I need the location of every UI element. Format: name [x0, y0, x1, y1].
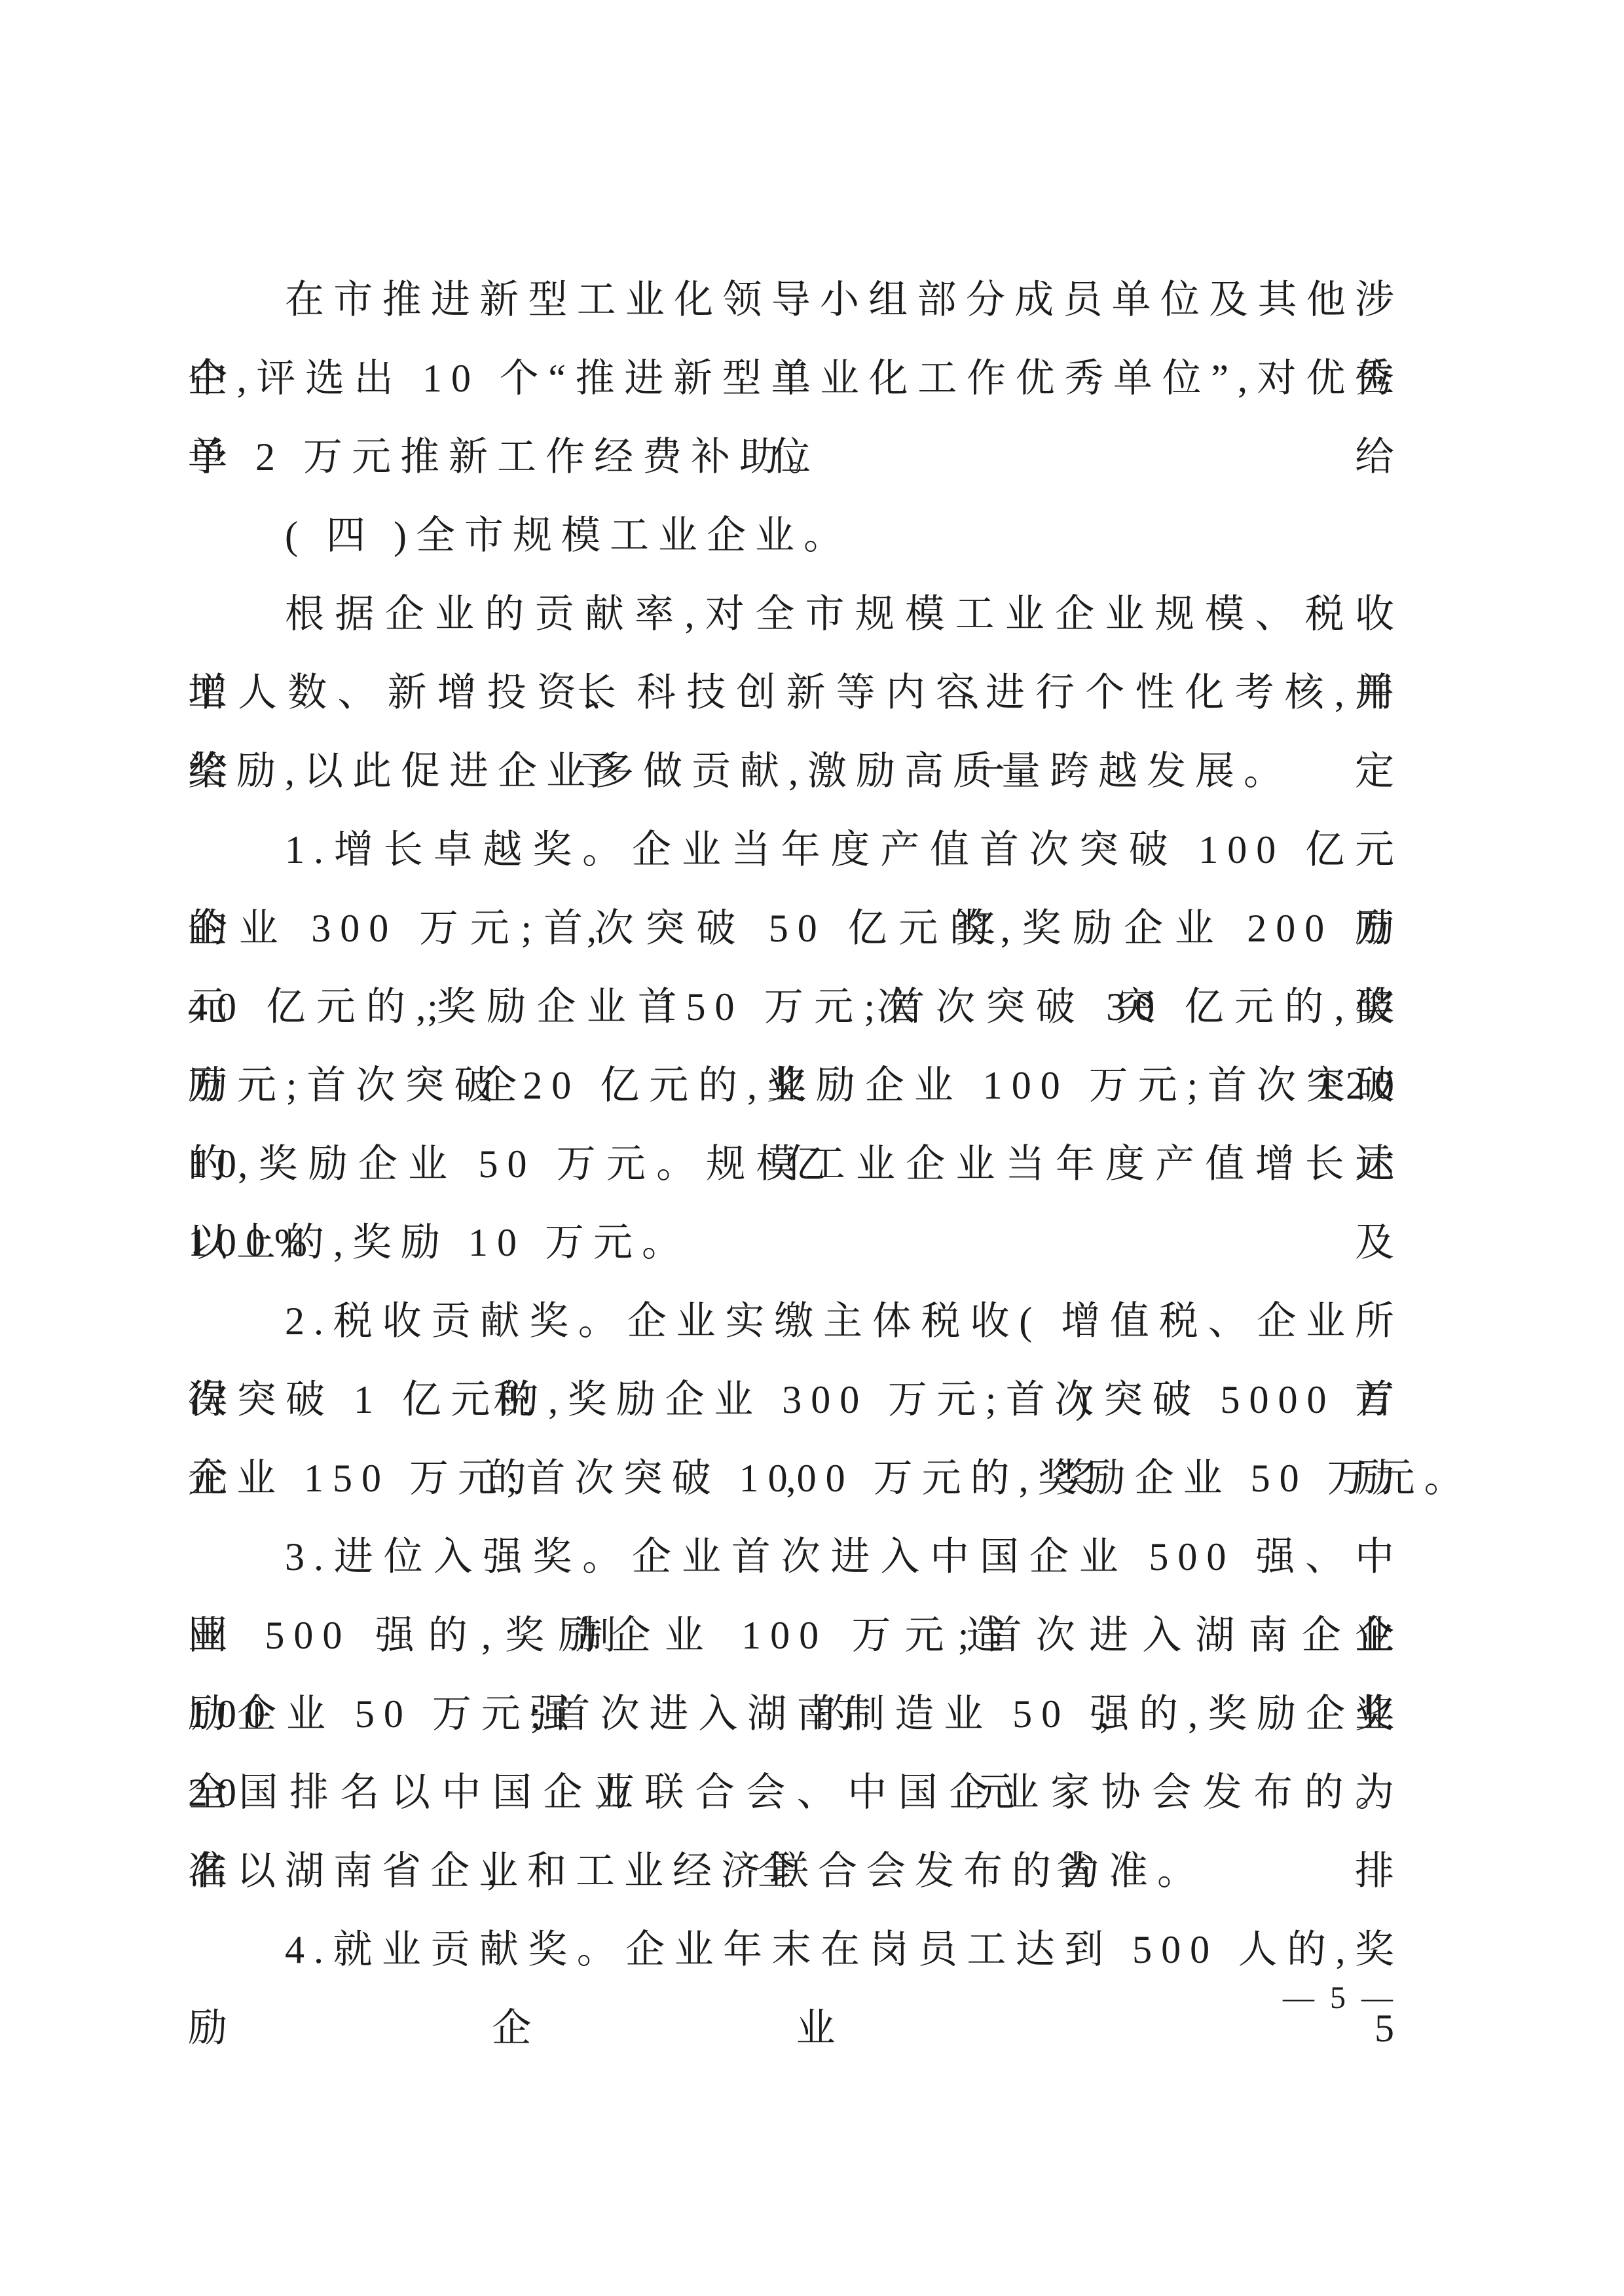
text-line: 40 亿元的,奖励企业 150 万元;首次突破 30 亿元的,奖励企业 120	[188, 968, 1403, 1046]
text-line: 2.税收贡献奖。企业实缴主体税收( 增值税、企业所得税 )首	[188, 1282, 1403, 1360]
text-line: 1.增长卓越奖。企业当年度产值首次突破 100 亿元的,奖励	[188, 811, 1403, 889]
text-line: 奖励,以此促进企业多做贡献,激励高质量跨越发展。	[188, 732, 1403, 811]
page-number: — 5 —	[1283, 1978, 1397, 2018]
text-line: 工人数、新增投资、科技创新等内容进行个性化考核,并给予一定	[188, 653, 1403, 732]
text-line: 全国排名以中国企业联合会、中国企业家协会发布的为准,全省排	[188, 1753, 1403, 1832]
text-line: 的,奖励企业 50 万元。规模工业企业当年度产值增长达 100% 及	[188, 1125, 1403, 1203]
text-line: 业 500 强的,奖励企业 100 万元;首次进入湖南企业 100 强的,奖	[188, 1596, 1403, 1675]
document-page: 在市推进新型工业化领导小组部分成员单位及其他涉企单位 中,评选出 10 个“推进…	[0, 0, 1624, 2296]
text-line: 企业 150 万元;首次突破 1000 万元的,奖励企业 50 万元。	[188, 1439, 1403, 1518]
text-line: 励企业 50 万元;首次进入湖南制造业 50 强的,奖励企业 20 万元。	[188, 1675, 1403, 1753]
text-line: 在市推进新型工业化领导小组部分成员单位及其他涉企单位	[188, 261, 1403, 339]
text-line: 中,评选出 10 个“推进新型工业化工作优秀单位”,对优秀单位给	[188, 339, 1403, 418]
text-block: 在市推进新型工业化领导小组部分成员单位及其他涉企单位 中,评选出 10 个“推进…	[188, 261, 1403, 1989]
text-line: ( 四 )全市规模工业企业。	[188, 496, 1403, 575]
text-line: 万元;首次突破 20 亿元的,奖励企业 100 万元;首次突破 10 亿元	[188, 1046, 1403, 1125]
text-line: 根据企业的贡献率,对全市规模工业企业规模、税收增长、用	[188, 575, 1403, 653]
text-line: 4.就业贡献奖。企业年末在岗员工达到 500 人的,奖励企业 5	[188, 1910, 1403, 1989]
text-line: 3.进位入强奖。企业首次进入中国企业 500 强、中国制造企	[188, 1518, 1403, 1596]
text-line: 次突破 1 亿元的,奖励企业 300 万元;首次突破 5000 万元的,奖励	[188, 1360, 1403, 1439]
text-line: 企业 300 万元;首次突破 50 亿元的,奖励企业 200 万元;首次突破	[188, 889, 1403, 968]
